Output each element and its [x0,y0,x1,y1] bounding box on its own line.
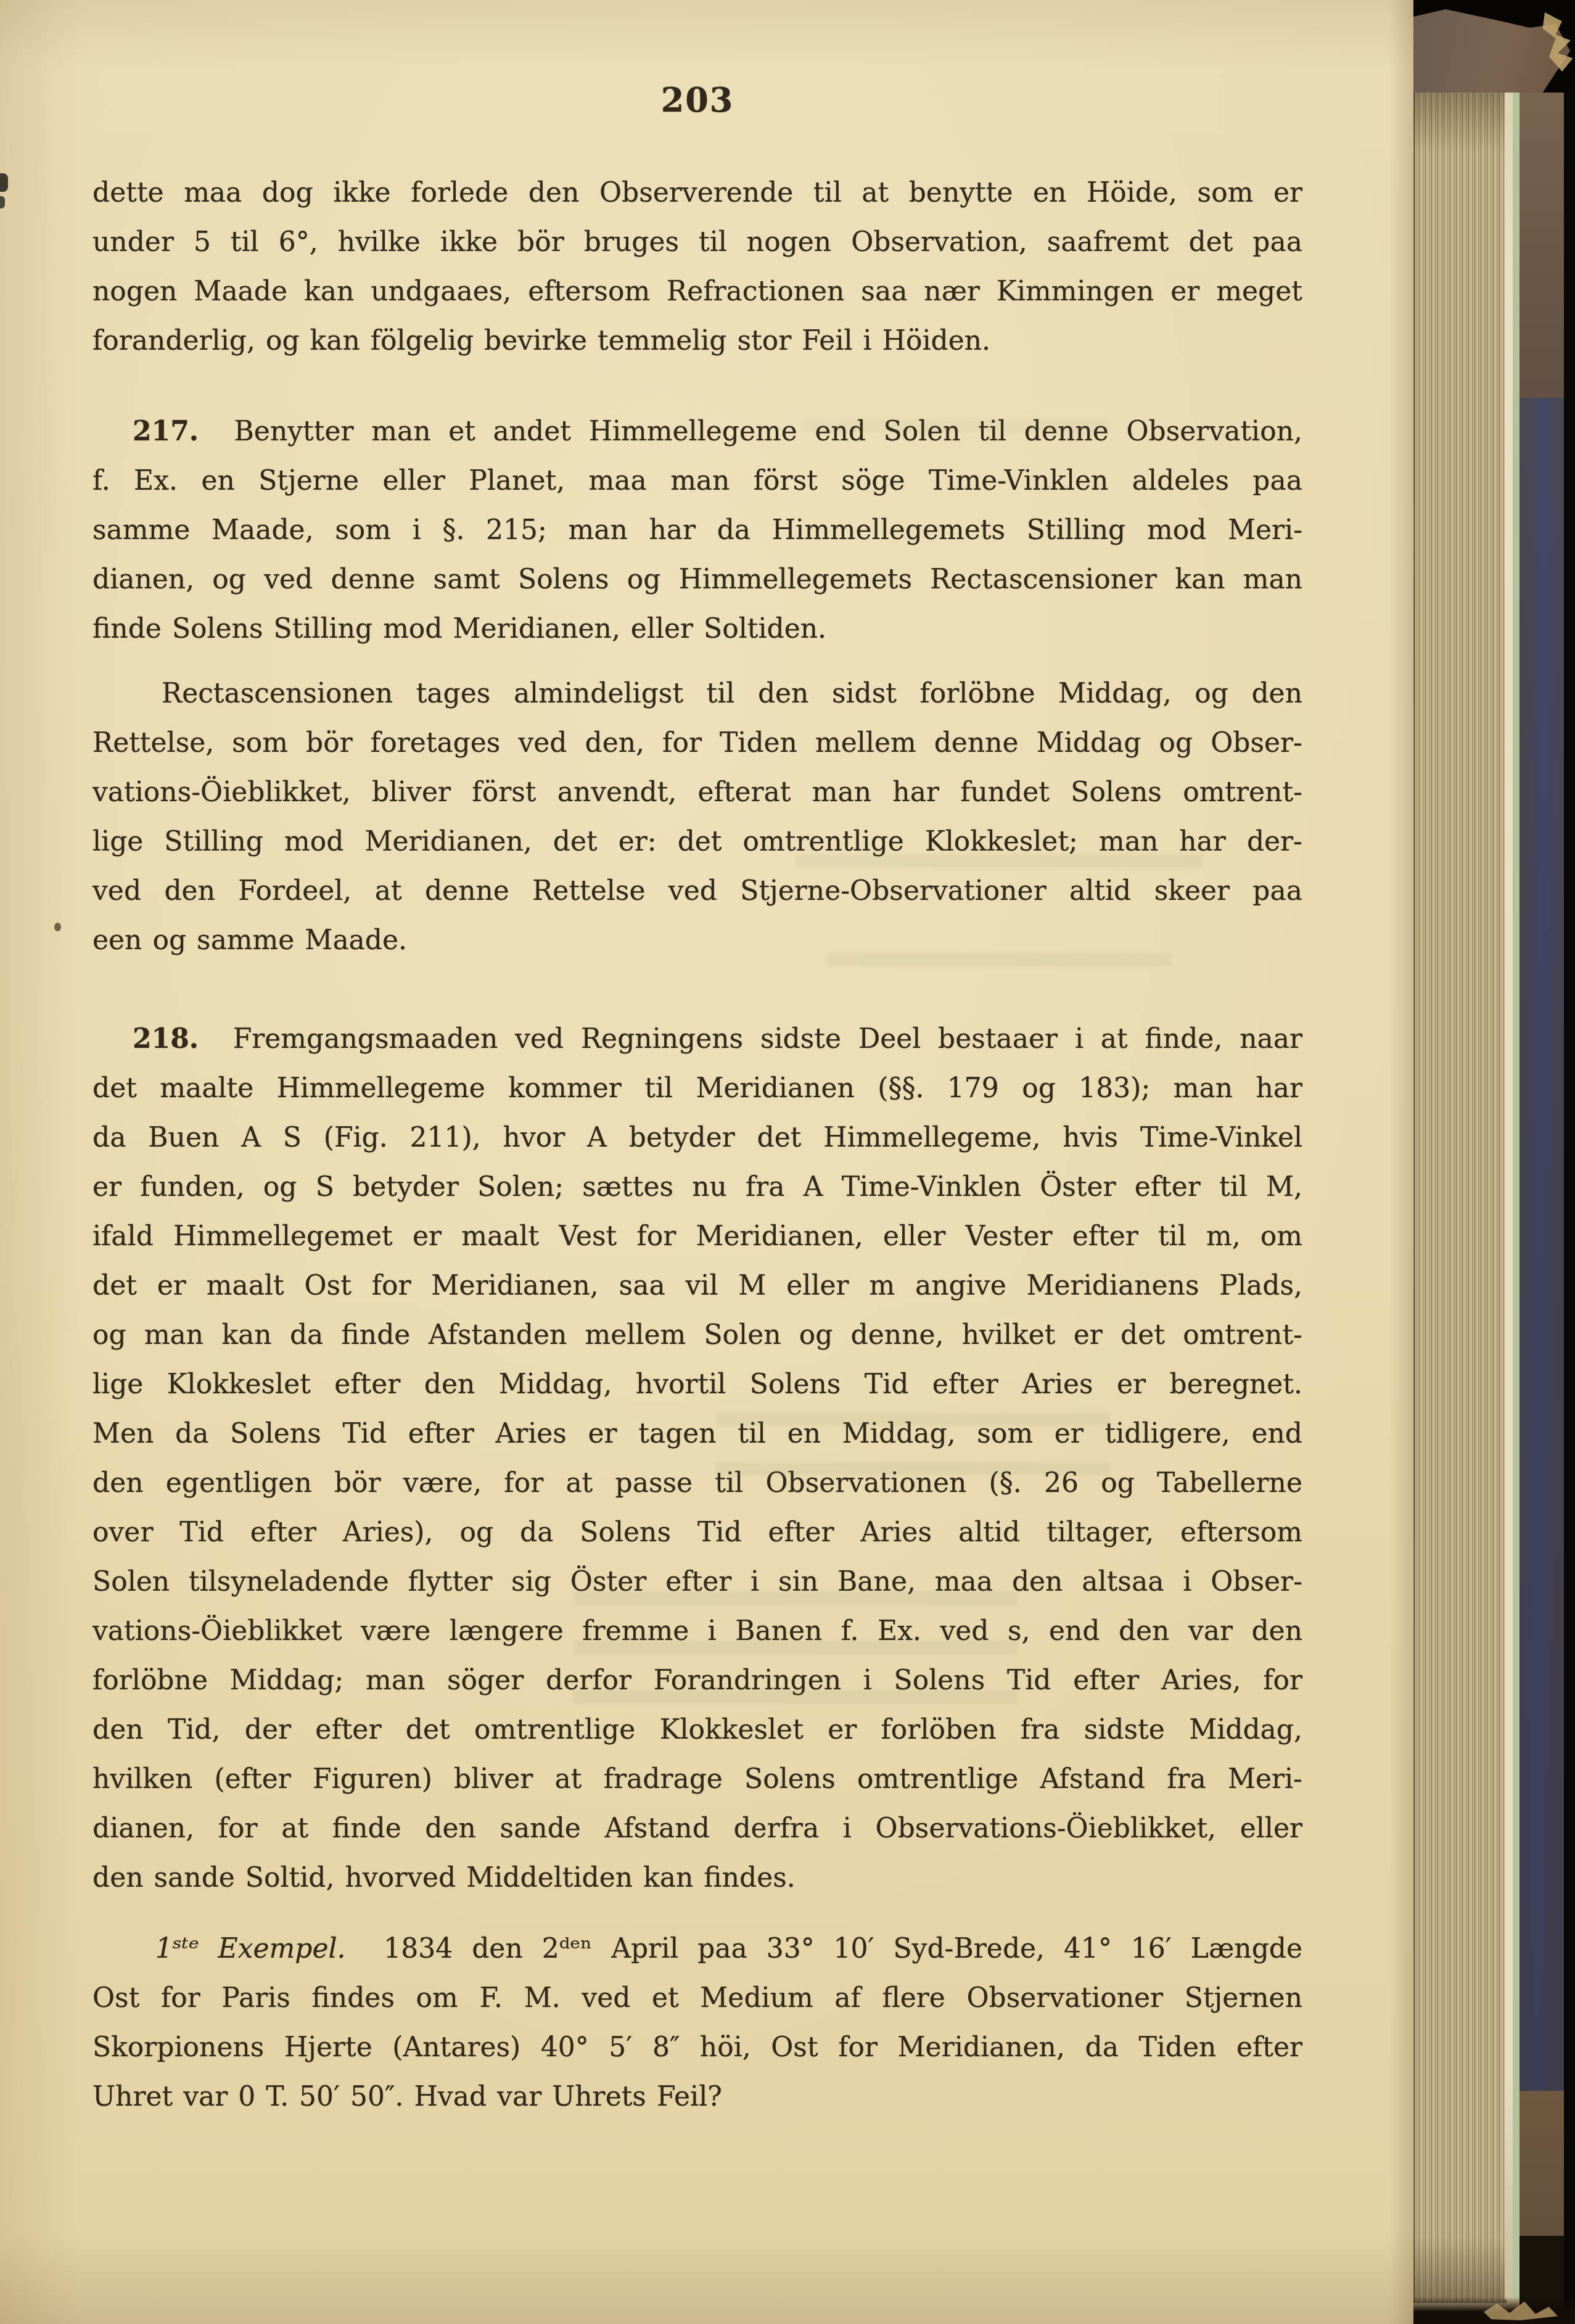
text-line: Rectascensionen tages almindeligst til d… [93,669,1302,719]
text-line: 218. Fremgangsmaaden ved Regningens sids… [93,1015,1302,1064]
text-line: Men da Solens Tid efter Aries er tagen t… [93,1409,1302,1459]
text-line: ifald Himmellegemet er maalt Vest for Me… [93,1212,1302,1261]
text-line: over Tid efter Aries), og da Solens Tid … [93,1508,1302,1557]
book-cover [1519,0,1575,2324]
paragraph-rectascension: Rectascensionen tages almindeligst til d… [93,669,1302,965]
text-line: f. Ex. en Stjerne eller Planet, maa man … [93,456,1302,506]
text-line: vations-Öieblikket, bliver först anvendt… [93,768,1302,817]
cover-brown-segment [1519,80,1564,398]
cover-slate-segment [1519,398,1564,2091]
paragraph-lead: 217. [133,416,199,447]
text-line: lige Stilling mod Meridianen, det er: de… [93,817,1302,867]
text-line: samme Maade, som i §. 215; man har da Hi… [93,506,1302,555]
paragraph-section-217: 217. Benytter man et andet Himmellegeme … [93,407,1302,654]
text-line: ved den Fordeel, at denne Rettelse ved S… [93,867,1302,916]
text-line: den Tid, der efter det omtrentlige Klokk… [93,1705,1302,1755]
text-line: og man kan da finde Afstanden mellem Sol… [93,1311,1302,1360]
text-line: dianen, og ved denne samt Solens og Himm… [93,555,1302,604]
left-edge-mark [0,196,5,208]
text-line: er funden, og S betyder Solen; sættes nu… [93,1163,1302,1212]
text-line: den sande Soltid, hvorved Middeltiden ka… [93,1853,1302,1903]
text-line: under 5 til 6°, hvilke ikke bör bruges t… [93,218,1302,267]
paragraph-continuation: dette maa dog ikke forlede den Observere… [93,168,1302,366]
text-line: Uhret var 0 T. 50′ 50″. Hvad var Uhrets … [93,2072,1302,2122]
text-line: det er maalt Ost for Meridianen, saa vil… [93,1261,1302,1311]
text-line: vations-Öieblikket være længere fremme i… [93,1607,1302,1656]
text-line: finde Solens Stilling mod Meridianen, el… [93,604,1302,654]
paragraph-section-218: 218. Fremgangsmaaden ved Regningens sids… [93,1015,1302,1903]
text-line: da Buen A S (Fig. 211), hvor A betyder d… [93,1113,1302,1163]
worn-top-corner [1413,0,1575,93]
torn-paper-bits [1484,2299,1558,2320]
ink-spot [54,923,61,931]
text-line: een og samme Maade. [93,916,1302,965]
text-line: den egentligen bör være, for at passe ti… [93,1459,1302,1508]
text-line: Rettelse, som bör foretages ved den, for… [93,719,1302,768]
text-line: forlöbne Middag; man söger derfor Forand… [93,1656,1302,1705]
text-line: nogen Maade kan undgaaes, eftersom Refra… [93,267,1302,316]
text-line: Solen tilsyneladende flytter sig Öster e… [93,1557,1302,1607]
text-line: 217. Benytter man et andet Himmellegeme … [93,407,1302,456]
text-line: hvilken (efter Figuren) bliver at fradra… [93,1755,1302,1804]
text-block: dette maa dog ikke forlede den Observere… [93,0,1302,2324]
paragraph-lead: 218. [133,1023,199,1055]
page-edge-shadow [1389,0,1413,2324]
text-line: foranderlig, og kan fölgelig bevirke tem… [93,316,1302,366]
text-line: dette maa dog ikke forlede den Observere… [93,168,1302,218]
text-line: dianen, for at finde den sande Afstand d… [93,1804,1302,1853]
cover-brown-segment [1519,2091,1564,2236]
text-line: det maalte Himmellegeme kommer til Merid… [93,1064,1302,1113]
green-board-strip [1513,86,1519,2299]
text-line: Ost for Paris findes om F. M. ved et Med… [93,1974,1302,2023]
paragraph-example-1: 1ˢᵗᵉ Exempel. 1834 den 2ᵈᵉⁿ April paa 33… [93,1924,1302,2122]
endpaper-strip [1505,86,1513,2299]
book-fore-edge [1413,0,1575,2324]
left-edge-mark [0,173,8,192]
text-line: Skorpionens Hjerte (Antares) 40° 5′ 8″ h… [93,2023,1302,2072]
torn-cover-corner [1413,0,1575,93]
text-line: lige Klokkeslet efter den Middag, hvorti… [93,1360,1302,1409]
paragraph-lead: 1ˢᵗᵉ Exempel. [155,1933,346,1964]
worn-bottom-corner [1413,2297,1575,2324]
page-stack-edge [1413,86,1507,2303]
text-line: 1ˢᵗᵉ Exempel. 1834 den 2ᵈᵉⁿ April paa 33… [93,1924,1302,1974]
scanned-book-page: 203 dette maa dog ikke forlede den Obser… [0,0,1575,2324]
